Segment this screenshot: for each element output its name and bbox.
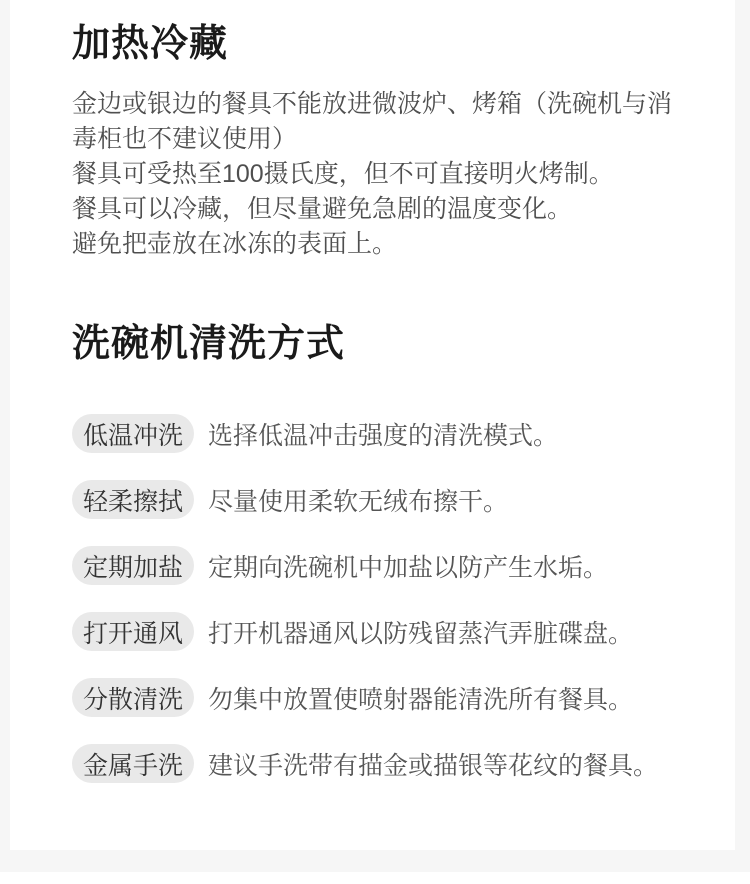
care-tag-badge: 低温冲洗 (72, 414, 194, 453)
care-row: 金属手洗 建议手洗带有描金或描银等花纹的餐具。 (72, 744, 673, 783)
section-title-dishwasher: 洗碗机清洗方式 (72, 322, 673, 366)
care-row: 低温冲洗 选择低温冲击强度的清洗模式。 (72, 414, 673, 453)
section-divider-gap (0, 850, 750, 872)
heating-paragraph-line: 餐具可以冷藏，但尽量避免急剧的温度变化。 (72, 192, 673, 227)
heating-paragraph-line: 餐具可受热至100摄氏度，但不可直接明火烤制。 (72, 157, 673, 192)
care-row: 打开通风 打开机器通风以防残留蒸汽弄脏碟盘。 (72, 612, 673, 651)
care-row: 分散清洗 勿集中放置使喷射器能清洗所有餐具。 (72, 678, 673, 717)
care-tag-badge: 轻柔擦拭 (72, 480, 194, 519)
next-section-edge (0, 872, 750, 884)
care-row: 轻柔擦拭 尽量使用柔软无绒布擦干。 (72, 480, 673, 519)
care-tag-description: 尽量使用柔软无绒布擦干。 (208, 482, 508, 518)
care-tag-description: 选择低温冲击强度的清洗模式。 (208, 416, 558, 452)
heating-paragraph-line: 毒柜也不建议使用） (72, 122, 673, 157)
care-tag-description: 打开机器通风以防残留蒸汽弄脏碟盘。 (208, 614, 633, 650)
care-tag-badge: 打开通风 (72, 612, 194, 651)
care-tag-badge: 定期加盐 (72, 546, 194, 585)
section-title-heating: 加热冷藏 (72, 22, 673, 66)
care-tag-description: 建议手洗带有描金或描银等花纹的餐具。 (208, 746, 658, 782)
heating-paragraph: 金边或银边的餐具不能放进微波炉、烤箱（洗碗机与消 毒柜也不建议使用） 餐具可受热… (72, 87, 673, 262)
care-tag-badge: 金属手洗 (72, 744, 194, 783)
care-tag-badge: 分散清洗 (72, 678, 194, 717)
heating-paragraph-line: 避免把壶放在冰冻的表面上。 (72, 227, 673, 262)
heating-paragraph-line: 金边或银边的餐具不能放进微波炉、烤箱（洗碗机与消 (72, 87, 673, 122)
care-instructions-card: 加热冷藏 金边或银边的餐具不能放进微波炉、烤箱（洗碗机与消 毒柜也不建议使用） … (10, 0, 735, 850)
care-row: 定期加盐 定期向洗碗机中加盐以防产生水垢。 (72, 546, 673, 585)
care-tag-description: 定期向洗碗机中加盐以防产生水垢。 (208, 548, 608, 584)
dishwasher-tips-list: 低温冲洗 选择低温冲击强度的清洗模式。 轻柔擦拭 尽量使用柔软无绒布擦干。 定期… (72, 414, 673, 783)
care-tag-description: 勿集中放置使喷射器能清洗所有餐具。 (208, 680, 633, 716)
